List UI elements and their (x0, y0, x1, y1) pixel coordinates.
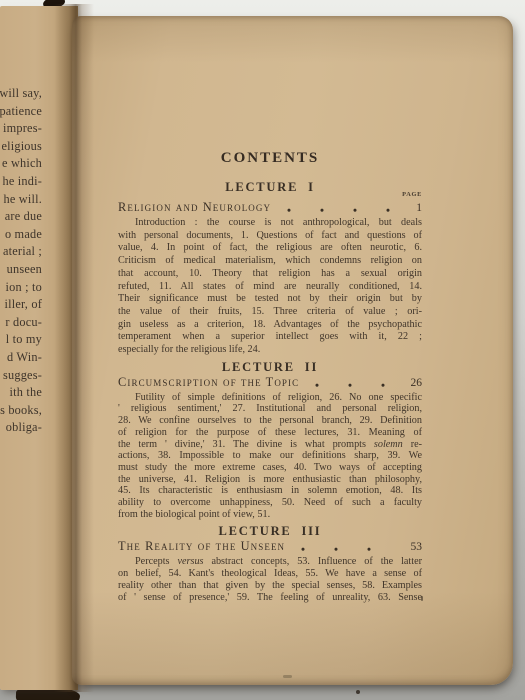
left-page-fragment: d Win- (0, 349, 42, 367)
left-page-fragment: unseen (0, 261, 42, 279)
page-column-label: PAGE (402, 191, 422, 198)
toc-line: Criticism of medical materialism, which … (118, 255, 422, 268)
left-page-fragment: eligious (0, 138, 42, 156)
lecture-1-header: LECTURE I (118, 180, 422, 194)
toc-line: value, 4. In point of fact, the religiou… (118, 242, 422, 255)
surface-speck (356, 690, 360, 694)
toc-line: ability to overcome unhappiness, 50. Nee… (118, 497, 422, 509)
lecture-1-title: Religion and Neurology (118, 200, 271, 214)
lecture-1-summary: Introduction : the course is not anthrop… (118, 217, 422, 357)
lecture-3-header: LECTURE III (118, 524, 422, 538)
toc-line: of ' sense of presence,' 59. The feeling… (118, 592, 422, 604)
toc-line: ' religious sentiment,' 27. Institutiona… (118, 403, 422, 415)
left-page-fragment: sugges- (0, 367, 42, 385)
contents-page: CONTENTS LECTURE I PAGE Religion and Neu… (72, 16, 513, 685)
toc-line: actions, 38. Impossible to make our defi… (118, 450, 422, 462)
left-page-fragment: ion ; to (0, 279, 42, 297)
lecture-2-heading-row: Circumscription of the Topic 26 (118, 375, 422, 390)
lecture-2-section: LECTURE II Circumscription of the Topic … (118, 360, 422, 521)
left-page-fragment: s books, (0, 402, 42, 420)
left-page-fragment: aterial ; (0, 243, 42, 261)
left-page-text: will say, patience impres- eligious e wh… (0, 85, 42, 437)
lecture-2-page-number: 26 (398, 377, 422, 390)
left-page: will say, patience impres- eligious e wh… (0, 6, 78, 690)
lecture-1-page-number: 1 (398, 202, 422, 215)
left-page-fragment: he indi- (0, 173, 42, 191)
lecture-1-section: LECTURE I PAGE Religion and Neurology 1 … (118, 180, 422, 357)
left-page-fragment: impres- (0, 120, 42, 138)
lecture-2-summary: Futility of simple definitions of religi… (118, 392, 422, 521)
left-page-fragment: ith the (0, 384, 42, 402)
book-photo: will say, patience impres- eligious e wh… (0, 0, 525, 700)
toc-line: 45. Its characteristic is enthusiasm in … (118, 485, 422, 497)
toc-line: the universe, 41. Religion is more enthu… (118, 474, 422, 486)
left-page-fragment: r docu- (0, 314, 42, 332)
contents-text-block: CONTENTS LECTURE I PAGE Religion and Neu… (118, 16, 422, 603)
dot-leader (295, 543, 394, 554)
left-page-fragment: will say, (0, 85, 42, 103)
toc-line: with personal documents, 1. Questions of… (118, 230, 422, 243)
toc-line: of religion for the purpose of these lec… (118, 427, 422, 439)
lecture-2-title: Circumscription of the Topic (118, 375, 299, 389)
toc-line: on belief, 54. Kant's theological Ideas,… (118, 568, 422, 580)
toc-line: Their significance must be tested not by… (118, 293, 422, 306)
dot-leader (281, 204, 394, 215)
toc-line: gin useless as a criterion, 18. Advantag… (118, 319, 422, 332)
left-page-fragment: obliga- (0, 419, 42, 437)
toc-line: Percepts versus abstract concepts, 53. I… (118, 556, 422, 568)
toc-line: 28. We confine ourselves to the personal… (118, 415, 422, 427)
toc-line: from the biological point of view, 51. (118, 509, 422, 521)
toc-line: reality other than that given by the spe… (118, 580, 422, 592)
toc-line: the value of their fruits, 15. Three cri… (118, 306, 422, 319)
left-page-fragment: e which (0, 155, 42, 173)
left-page-fragment: patience (0, 103, 42, 121)
lecture-3-page-number: 53 (398, 541, 422, 554)
left-page-fragment: are due (0, 208, 42, 226)
left-page-fragment: o made (0, 226, 42, 244)
left-page-fragment: iller, of (0, 296, 42, 314)
lecture-3-summary: Percepts versus abstract concepts, 53. I… (118, 556, 422, 603)
toc-line: that account, 10. Theory that religion h… (118, 268, 422, 281)
paper-smudge (283, 675, 292, 678)
left-page-fragment: he will. (0, 191, 42, 209)
toc-line: Introduction : the course is not anthrop… (118, 217, 422, 230)
toc-line: Futility of simple definitions of religi… (118, 392, 422, 404)
margin-ink-mark (421, 596, 423, 601)
lecture-2-header: LECTURE II (118, 360, 422, 374)
toc-line: the term ' divine,' 31. The divine is wh… (118, 439, 422, 451)
lecture-3-section: LECTURE III The Reality of the Unseen 53… (118, 524, 422, 603)
toc-line: must study the more extreme cases, 40. T… (118, 462, 422, 474)
lecture-1-heading-row: PAGE Religion and Neurology 1 (118, 200, 422, 215)
lecture-3-heading-row: The Reality of the Unseen 53 (118, 539, 422, 554)
left-page-fragment: l to my (0, 331, 42, 349)
dot-leader (309, 379, 394, 390)
toc-line: especially for the religious life, 24. (118, 344, 422, 357)
lecture-3-title: The Reality of the Unseen (118, 539, 285, 553)
toc-line: refuted, 11. All states of mind are neur… (118, 281, 422, 294)
toc-line: temperament when a superior intellect go… (118, 331, 422, 344)
page-title: CONTENTS (118, 150, 422, 166)
